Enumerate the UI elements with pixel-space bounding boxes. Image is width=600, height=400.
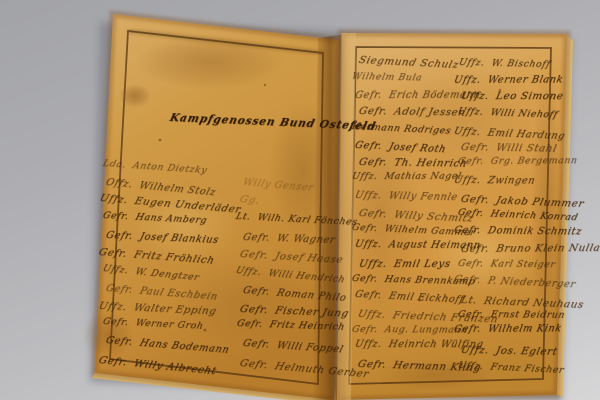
signature-name: Hans Amberg	[134, 212, 208, 226]
signature-entry: Gefr.Fischer Jung	[238, 303, 350, 320]
signature-name: W. Wagner	[276, 233, 337, 246]
signature-rank: Gefr.	[353, 90, 382, 101]
signature-rank: Uffz.	[350, 171, 378, 182]
signature-name: Fritz Heinrich	[268, 320, 346, 334]
signature-name: Josef Roth	[387, 142, 447, 156]
signature-entry: Gefr.Josef Haase	[238, 248, 344, 266]
signature-rank: Gefr.	[105, 335, 135, 348]
signature-entry: Uffz.W. Bischoff	[457, 57, 551, 70]
signature-rank: Gefr.	[457, 156, 485, 167]
signature-name: Werner Blank	[487, 75, 565, 86]
signature-rank: Gefr.	[457, 207, 486, 219]
signature-rank: Gefr.	[242, 285, 272, 298]
signature-name: Willy Fennle	[387, 191, 458, 203]
signature-rank: Gefr.	[350, 273, 378, 285]
signature-entry: Gefr.Aug. Lungmann	[350, 324, 468, 336]
signature-rank: Gefr.	[350, 324, 378, 335]
signature-entry: Uffz.Willi Niehoff	[457, 106, 559, 121]
signature-name: Willi Hendrich	[267, 268, 347, 285]
signature-entry: Gefr.Heinrich Konrad	[457, 207, 580, 223]
signature-rank: Lt.	[460, 294, 479, 307]
signature-entry: Hermann Rodriges	[350, 121, 452, 137]
signature-rank: Gefr.	[98, 246, 130, 260]
signature-entry: Uffz.Leo Simone	[460, 90, 565, 102]
signature-name: Bruno Klein Nulland	[495, 242, 600, 255]
signature-rank: Gefr.	[238, 248, 269, 261]
handwriting-layer: Kampfgenossen Bund Ostefeld Lda.Anton Di…	[0, 0, 600, 400]
signature-name: Helmuth Gerber	[273, 361, 370, 381]
signature-name: Walter Epping	[133, 302, 219, 318]
signature-rank: Gefr.	[242, 338, 272, 351]
signature-entry: Gefr.Hans Bodemann	[105, 335, 231, 356]
signature-rank: Uffz.	[98, 193, 129, 207]
signature-rank: Gefr.	[357, 358, 388, 371]
signature-entry: Gefr.Bruno Klein Nulland	[460, 242, 600, 255]
signature-entry: Gefr.Josef Roth	[353, 140, 447, 155]
signature-name: W. Dengtzer	[134, 266, 201, 283]
signature-name: W. Bischoff	[490, 57, 551, 69]
signature-rank: Uffz.	[453, 126, 483, 138]
signature-rank: Gefr.	[453, 274, 483, 286]
signature-rank: Gefr.	[102, 316, 131, 328]
signature-rank: Offz.	[105, 177, 135, 190]
signature-name: Leo Simone	[495, 90, 565, 102]
signature-name: Emil Leys	[392, 258, 451, 270]
signature-rank: Gefr.	[235, 318, 263, 330]
signature-entry: Gefr.Adolf Jessen	[357, 105, 466, 119]
signature-name: Siegmund Schulz	[357, 54, 460, 71]
signature-rank: Gefr.	[238, 357, 270, 371]
signature-rank: Uffz.	[354, 239, 383, 250]
signature-rank: Gefr.	[242, 232, 272, 244]
signature-entry: Gefr.Werner Groh	[102, 316, 205, 332]
signature-rank: Gefr.	[453, 324, 482, 335]
signature-entry: Gefr.Emil Eickhoff	[353, 289, 465, 306]
signature-name: Emil Hardung	[487, 127, 567, 142]
signature-rank: Uffz.	[460, 90, 491, 102]
signature-rank: Gefr.	[357, 156, 388, 168]
signature-entry: Wilhelm Bula	[350, 71, 423, 83]
signature-rank: Uffz.	[460, 344, 491, 357]
signature-name: Fischer Jung	[274, 304, 351, 319]
signature-entry: Gefr.Hans Amberg	[102, 210, 209, 226]
signature-name: Willy Albrecht	[133, 358, 219, 378]
signature-rank: Gefr.	[453, 225, 482, 236]
signature-name: Josef Haase	[274, 250, 345, 266]
signature-entry: Uffz.Mathias Nagel	[350, 171, 462, 182]
signature-entry: Uffz.Jos. Eglert	[460, 344, 559, 358]
signature-entry: Gefr.Josef Blankius	[105, 230, 220, 246]
signature-rank: Uffz.	[354, 190, 383, 202]
signature-name: Dominik Schmitz	[487, 225, 583, 237]
signature-entry: Gefr.Roman Philo	[242, 285, 348, 304]
signature-entry: Uffz.Zwingen	[453, 175, 536, 187]
signature-entry: Lt.Wilh. Karl Fönches	[235, 211, 359, 228]
signature-name: Emil Eickhoff	[387, 291, 465, 306]
signature-name: Josef Blankius	[139, 232, 220, 246]
signature-rank: Gefr.	[98, 354, 130, 368]
signature-rank: Gefr.	[105, 230, 135, 242]
signature-rank: Gefr.	[102, 210, 131, 222]
signature-name: Willi Foppel	[276, 341, 345, 356]
signature-name: Hermann Rodriges	[350, 121, 452, 137]
signature-rank: Uffz.	[101, 263, 130, 276]
signature-entry: Gefr.Fritz Heinrich	[235, 318, 345, 333]
signature-rank: Uffz.	[453, 75, 482, 86]
page-title: Kampfgenossen Bund Ostefeld	[168, 112, 377, 133]
signature-name: Anton Dietzky	[131, 160, 208, 176]
signature-entry: Uffz.Willy Fennle	[354, 190, 459, 203]
signature-rank: Gefr.	[350, 222, 379, 234]
signature-entry: Gefr.Ernst Beidrun	[457, 309, 566, 321]
signature-entry: Gefr.Paul Eschbein	[105, 283, 220, 303]
signature-name: Willi Niehoff	[490, 107, 560, 120]
signature-name: Gg.	[238, 193, 261, 206]
signature-rank: Gefr.	[353, 289, 383, 301]
signature-rank: Uffz.	[357, 308, 388, 321]
signature-name: Adolf Jessen	[392, 106, 466, 119]
signature-name: Paul Eschbein	[139, 286, 220, 303]
signature-rank: Uffz.	[98, 300, 129, 313]
signature-entry: Gefr.Karl Steiger	[457, 258, 557, 270]
signature-entry: Gg.	[238, 193, 261, 206]
signature-entry: Gefr.W. Wagner	[242, 232, 337, 246]
signature-name: Roman Philo	[276, 288, 348, 304]
signature-name: Richard Neuhaus	[483, 295, 586, 311]
signature-rank: Gefr.	[460, 193, 491, 206]
signature-rank: Uffz.	[354, 339, 383, 350]
signature-rank: Lt.	[235, 211, 253, 223]
signature-entry: Gefr.Willi Stahl	[460, 141, 559, 155]
signature-rank: Uffz.	[457, 360, 485, 372]
signature-entry: Willy Genser	[242, 178, 316, 195]
signature-name: Willi Stahl	[495, 142, 558, 155]
signature-rank: Gefr.	[460, 243, 491, 255]
signature-name: Jos. Eglert	[495, 344, 559, 357]
signature-entry: Uffz.Franz Fischer	[457, 360, 566, 376]
signature-name: Werner Groh	[134, 317, 204, 331]
signature-entry: Gefr.Grg. Bergemann	[457, 155, 579, 167]
signature-rank: Gefr.	[457, 309, 485, 320]
signature-name: Wilhelm Bula	[350, 71, 423, 83]
signature-entry: Gefr.Willi Foppel	[242, 338, 345, 355]
signature-rank: Uffz.	[357, 258, 388, 270]
signature-rank: Gefr.	[357, 208, 388, 221]
signature-entry: Lda.Anton Dietzky	[101, 158, 208, 176]
signature-name: Franz Fischer	[489, 362, 565, 376]
photo-of-open-register-book: Kampfgenossen Bund Ostefeld Lda.Anton Di…	[0, 0, 600, 400]
signature-name: Fritz Fröhlich	[133, 249, 217, 267]
signature-entry: Gefr.Helmuth Gerber	[238, 357, 370, 380]
signature-rank: Gefr.	[457, 258, 485, 269]
signature-entry: Uffz.Willi Hendrich	[235, 265, 347, 285]
signature-name: Hans Bodemann	[139, 338, 231, 356]
signature-entry: Gefr.Th. Heinrich	[357, 156, 468, 170]
signature-entry: Uffz.W. Dengtzer	[101, 263, 200, 283]
signature-rank: Uffz.	[235, 265, 264, 278]
signature-name: Heinrich Konrad	[490, 208, 580, 223]
signature-rank: Gefr.	[460, 141, 491, 153]
signature-name: Wilh. Karl Fönches	[257, 212, 360, 228]
signature-entry: Lt.Richard Neuhaus	[460, 294, 586, 311]
signature-name: Mathias Nagel	[383, 171, 462, 182]
signature-name: Jakob Plummer	[495, 194, 586, 210]
signature-entry: Uffz.Emil Leys	[357, 258, 451, 270]
signature-name: Zwingen	[487, 176, 537, 187]
signature-entry: Siegmund Schulz	[357, 54, 460, 71]
signature-name: P. Niederberger	[487, 276, 577, 291]
signature-entry: Gefr.Wilhelm Kink	[453, 324, 563, 336]
signature-rank: Gefr.	[357, 105, 388, 117]
signature-name: Grg. Bergemann	[490, 155, 579, 167]
signature-entry: Uffz.Emil Hardung	[453, 126, 567, 142]
signature-rank: Uffz.	[453, 175, 482, 186]
signature-name: Ernst Beidrun	[490, 309, 567, 321]
signature-rank: Uffz.	[457, 57, 485, 69]
signature-entry: Uffz.Walter Epping	[98, 300, 219, 317]
signature-entry: Uffz.Werner Blank	[453, 75, 564, 87]
signature-rank: Uffz.	[457, 106, 485, 118]
signature-entry: Gefr.P. Niederberger	[453, 274, 577, 290]
signature-entry: Gefr.Willy Albrecht	[98, 354, 219, 377]
signature-rank: Gefr.	[353, 140, 383, 152]
signature-rank: Gefr.	[105, 283, 135, 296]
signature-name: Wilhelm Kink	[487, 324, 563, 335]
signature-rank: Lda.	[101, 158, 127, 170]
signature-name: Willy Genser	[242, 178, 316, 195]
signature-entry: Gefr.Dominik Schmitz	[453, 225, 583, 238]
signature-name: Karl Steiger	[490, 258, 557, 270]
signature-rank: Gefr.	[238, 303, 269, 316]
